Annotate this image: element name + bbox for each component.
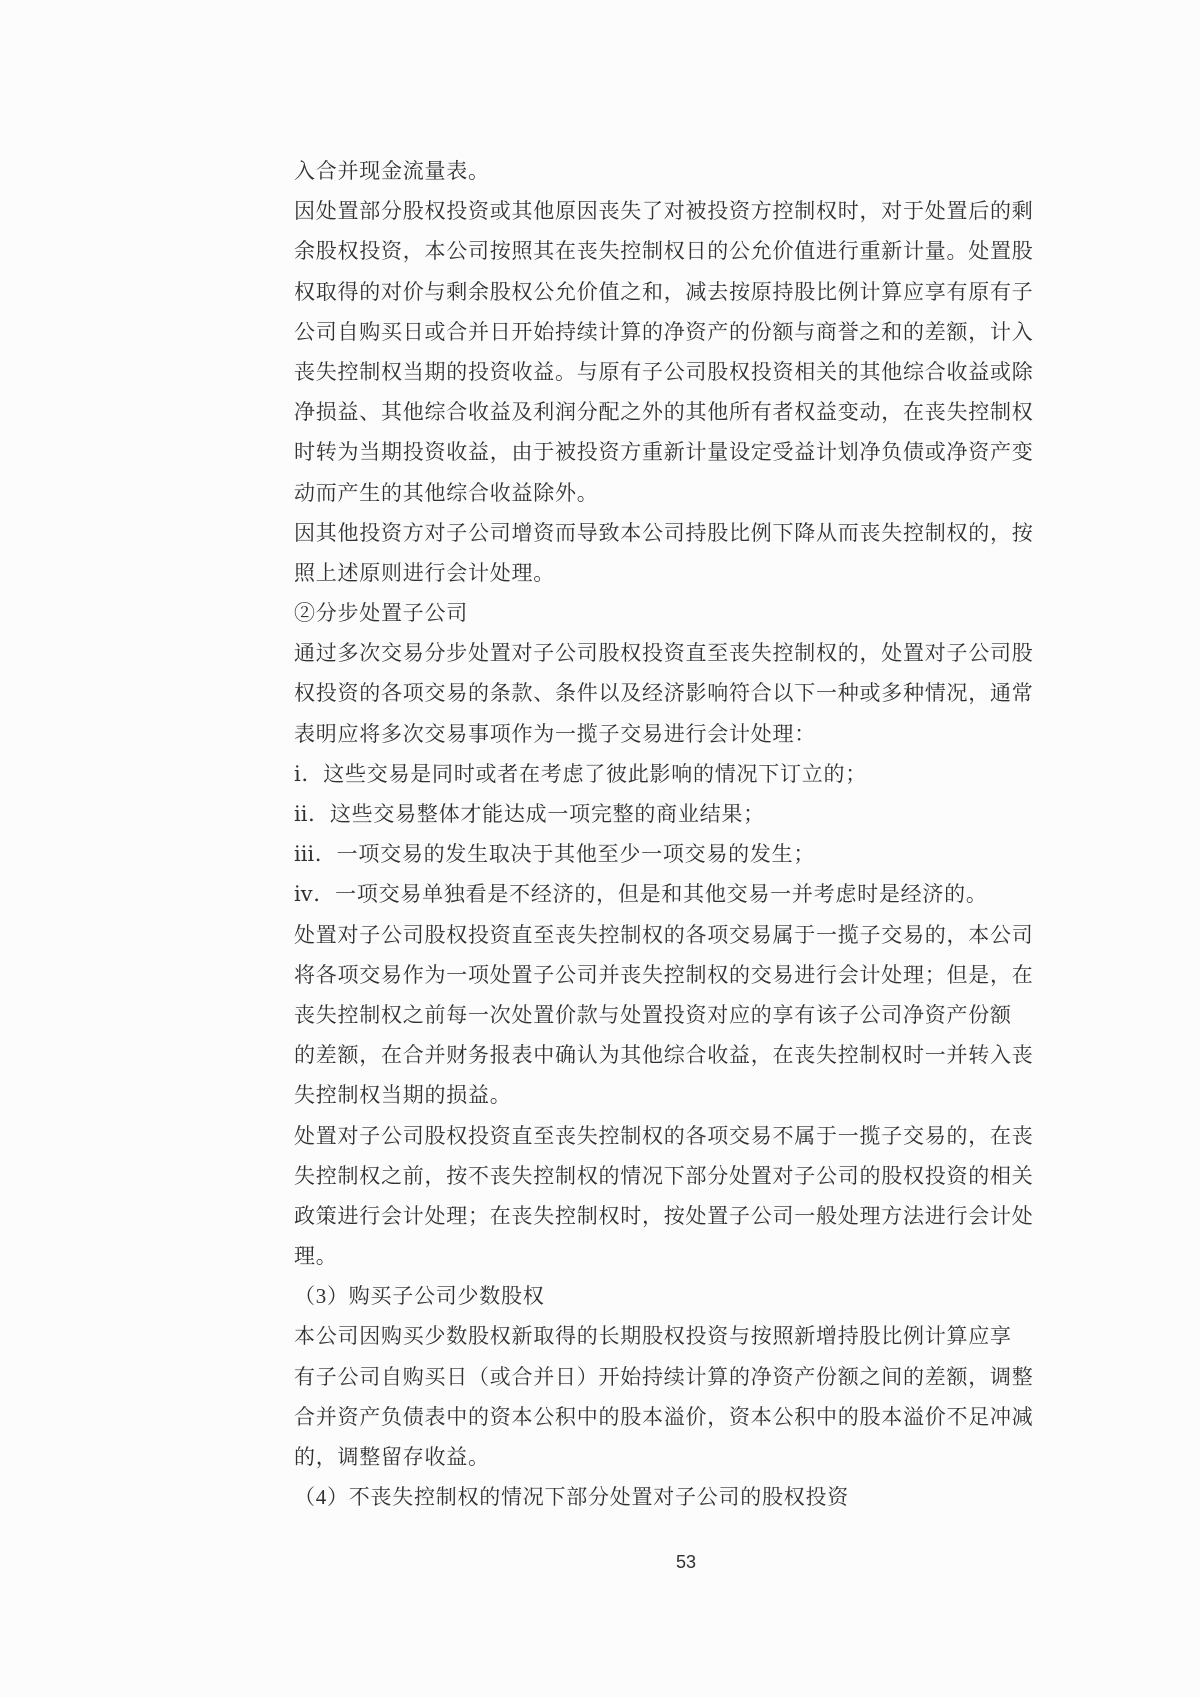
text-line: 失控制权当期的损益。 xyxy=(294,1075,1084,1115)
page-number: 53 xyxy=(641,1552,731,1573)
text-line: 因其他投资方对子公司增资而导致本公司持股比例下降从而丧失控制权的，按 xyxy=(294,513,1084,553)
text-line: 通过多次交易分步处置对子公司股权投资直至丧失控制权的，处置对子公司股 xyxy=(294,633,1084,673)
text-line: 丧失控制权之前每一次处置价款与处置投资对应的享有该子公司净资产份额 xyxy=(294,995,1084,1035)
text-line: 权取得的对价与剩余股权公允价值之和，减去按原持股比例计算应享有原有子 xyxy=(294,272,1084,312)
text-line: 时转为当期投资收益，由于被投资方重新计量设定受益计划净负债或净资产变 xyxy=(294,432,1084,472)
text-line: 有子公司自购买日（或合并日）开始持续计算的净资产份额之间的差额，调整 xyxy=(294,1357,1084,1397)
text-line: 理。 xyxy=(294,1236,1084,1276)
text-line: 政策进行会计处理；在丧失控制权时，按处置子公司一般处理方法进行会计处 xyxy=(294,1196,1084,1236)
text-line: （3）购买子公司少数股权 xyxy=(294,1276,1084,1316)
text-line: ②分步处置子公司 xyxy=(294,593,1084,633)
document-page: 入合并现金流量表。 因处置部分股权投资或其他原因丧失了对被投资方控制权时，对于处… xyxy=(0,0,1200,1697)
text-line: （4）不丧失控制权的情况下部分处置对子公司的股权投资 xyxy=(294,1477,1084,1517)
text-line: 入合并现金流量表。 xyxy=(294,151,1084,191)
text-line: 合并资产负债表中的资本公积中的股本溢价，资本公积中的股本溢价不足冲减 xyxy=(294,1397,1084,1437)
text-line: 的差额，在合并财务报表中确认为其他综合收益，在丧失控制权时一并转入丧 xyxy=(294,1035,1084,1075)
text-line: ⅲ．一项交易的发生取决于其他至少一项交易的发生； xyxy=(294,834,1084,874)
text-line: 失控制权之前，按不丧失控制权的情况下部分处置对子公司的股权投资的相关 xyxy=(294,1156,1084,1196)
text-line: 处置对子公司股权投资直至丧失控制权的各项交易属于一揽子交易的，本公司 xyxy=(294,915,1084,955)
text-line: ⅰ．这些交易是同时或者在考虑了彼此影响的情况下订立的； xyxy=(294,754,1084,794)
text-line: 将各项交易作为一项处置子公司并丧失控制权的交易进行会计处理；但是，在 xyxy=(294,955,1084,995)
text-line: 照上述原则进行会计处理。 xyxy=(294,553,1084,593)
text-line: ⅱ．这些交易整体才能达成一项完整的商业结果； xyxy=(294,794,1084,834)
text-line: 表明应将多次交易事项作为一揽子交易进行会计处理： xyxy=(294,714,1084,754)
body-text: 入合并现金流量表。 因处置部分股权投资或其他原因丧失了对被投资方控制权时，对于处… xyxy=(294,151,1084,1517)
text-line: 因处置部分股权投资或其他原因丧失了对被投资方控制权时，对于处置后的剩 xyxy=(294,191,1084,231)
text-line: 的，调整留存收益。 xyxy=(294,1437,1084,1477)
text-line: 公司自购买日或合并日开始持续计算的净资产的份额与商誉之和的差额，计入 xyxy=(294,312,1084,352)
text-line: 余股权投资，本公司按照其在丧失控制权日的公允价值进行重新计量。处置股 xyxy=(294,231,1084,271)
text-line: 权投资的各项交易的条款、条件以及经济影响符合以下一种或多种情况，通常 xyxy=(294,673,1084,713)
text-line: 本公司因购买少数股权新取得的长期股权投资与按照新增持股比例计算应享 xyxy=(294,1316,1084,1356)
text-line: 动而产生的其他综合收益除外。 xyxy=(294,473,1084,513)
text-line: ⅳ．一项交易单独看是不经济的，但是和其他交易一并考虑时是经济的。 xyxy=(294,874,1084,914)
text-line: 净损益、其他综合收益及利润分配之外的其他所有者权益变动，在丧失控制权 xyxy=(294,392,1084,432)
text-line: 处置对子公司股权投资直至丧失控制权的各项交易不属于一揽子交易的，在丧 xyxy=(294,1116,1084,1156)
text-line: 丧失控制权当期的投资收益。与原有子公司股权投资相关的其他综合收益或除 xyxy=(294,352,1084,392)
